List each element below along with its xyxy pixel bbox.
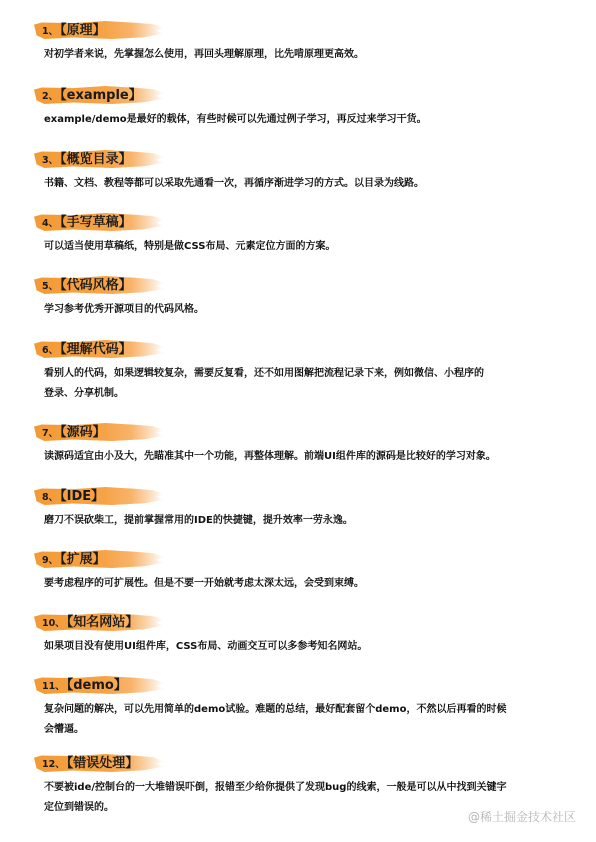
section-number: 2、 — [42, 91, 58, 102]
body-line: 磨刀不误砍柴工，提前掌握常用的IDE的快捷键，提升效率一劳永逸。 — [44, 511, 574, 531]
section-7: 7、【源码】 读源码适宜由小及大，先瞄准其中一个功能，再整体理解。前端UI组件库… — [0, 423, 596, 467]
watermark: @稀土掘金技术社区 — [468, 808, 576, 825]
section-title: 【概览目录】 — [60, 152, 132, 167]
body-line: 要考虑程序的可扩展性。但是不要一开始就考虑太深太远，会受到束缚。 — [44, 574, 574, 594]
body-line: 会懵逼。 — [44, 720, 574, 740]
body-line: 书籍、文档、教程等都可以采取先通看一次，再循序渐进学习的方式。以目录为线路。 — [44, 174, 574, 194]
section-9: 9、【扩展】 要考虑程序的可扩展性。但是不要一开始就考虑太深太远，会受到束缚。 — [0, 550, 596, 594]
section-body: 可以适当使用草稿纸，特别是做CSS布局、元素定位方面的方案。 — [44, 237, 574, 257]
section-body: 读源码适宜由小及大，先瞄准其中一个功能，再整体理解。前端UI组件库的源码是比较好… — [44, 447, 574, 467]
body-line: 看别人的代码，如果逻辑较复杂，需要反复看，还不如用图解把流程记录下来，例如微信、… — [44, 364, 574, 384]
section-3: 3、【概览目录】 书籍、文档、教程等都可以采取先通看一次，再循序渐进学习的方式。… — [0, 150, 596, 194]
section-heading: 7、【源码】 — [34, 423, 596, 443]
section-heading: 5、【代码风格】 — [34, 276, 596, 296]
section-11: 11、【demo】 复杂问题的解决，可以先用简单的demo试验。难题的总结，最好… — [0, 676, 596, 740]
section-title: 【IDE】 — [60, 489, 104, 504]
section-10: 10、【知名网站】 如果项目没有使用UI组件库，CSS布局、动画交互可以多参考知… — [0, 613, 596, 657]
section-body: 对初学者来说，先掌握怎么使用，再回头理解原理，比先啃原理更高效。 — [44, 45, 574, 65]
section-number: 8、 — [42, 492, 58, 503]
section-heading: 1、【原理】 — [34, 21, 596, 41]
section-body: 如果项目没有使用UI组件库，CSS布局、动画交互可以多参考知名网站。 — [44, 637, 574, 657]
section-heading: 6、【理解代码】 — [34, 340, 596, 360]
section-title: 【手写草稿】 — [60, 215, 132, 230]
section-number: 5、 — [42, 281, 58, 292]
section-5: 5、【代码风格】 学习参考优秀开源项目的代码风格。 — [0, 276, 596, 320]
section-body: 要考虑程序的可扩展性。但是不要一开始就考虑太深太远，会受到束缚。 — [44, 574, 574, 594]
section-2: 2、【example】 example/demo是最好的载体，有些时候可以先通过… — [0, 86, 596, 130]
section-number: 3、 — [42, 155, 58, 166]
section-number: 11、 — [42, 681, 65, 692]
section-title: 【example】 — [60, 88, 142, 103]
section-number: 7、 — [42, 428, 58, 439]
body-line: 读源码适宜由小及大，先瞄准其中一个功能，再整体理解。前端UI组件库的源码是比较好… — [44, 447, 574, 467]
section-4: 4、【手写草稿】 可以适当使用草稿纸，特别是做CSS布局、元素定位方面的方案。 — [0, 213, 596, 257]
section-body: 书籍、文档、教程等都可以采取先通看一次，再循序渐进学习的方式。以目录为线路。 — [44, 174, 574, 194]
section-heading: 11、【demo】 — [34, 676, 596, 696]
body-line: 复杂问题的解决，可以先用简单的demo试验。难题的总结，最好配套留个demo，不… — [44, 700, 574, 720]
section-number: 6、 — [42, 345, 58, 356]
section-title: 【代码风格】 — [60, 278, 132, 293]
section-title: 【知名网站】 — [67, 615, 139, 630]
section-title: 【扩展】 — [60, 552, 106, 567]
section-heading: 10、【知名网站】 — [34, 613, 596, 633]
section-number: 9、 — [42, 555, 58, 566]
section-8: 8、【IDE】 磨刀不误砍柴工，提前掌握常用的IDE的快捷键，提升效率一劳永逸。 — [0, 487, 596, 531]
section-heading: 8、【IDE】 — [34, 487, 596, 507]
section-6: 6、【理解代码】 看别人的代码，如果逻辑较复杂，需要反复看，还不如用图解把流程记… — [0, 340, 596, 404]
body-line: 对初学者来说，先掌握怎么使用，再回头理解原理，比先啃原理更高效。 — [44, 45, 574, 65]
section-heading: 4、【手写草稿】 — [34, 213, 596, 233]
section-heading: 3、【概览目录】 — [34, 150, 596, 170]
section-title: 【理解代码】 — [60, 342, 132, 357]
section-title: 【原理】 — [60, 23, 106, 38]
body-line: 学习参考优秀开源项目的代码风格。 — [44, 300, 574, 320]
body-line: 如果项目没有使用UI组件库，CSS布局、动画交互可以多参考知名网站。 — [44, 637, 574, 657]
section-title: 【demo】 — [67, 678, 127, 693]
section-body: 学习参考优秀开源项目的代码风格。 — [44, 300, 574, 320]
section-number: 10、 — [42, 618, 65, 629]
section-body: 看别人的代码，如果逻辑较复杂，需要反复看，还不如用图解把流程记录下来，例如微信、… — [44, 364, 574, 404]
section-heading: 9、【扩展】 — [34, 550, 596, 570]
section-body: 复杂问题的解决，可以先用简单的demo试验。难题的总结，最好配套留个demo，不… — [44, 700, 574, 740]
section-heading: 12、【错误处理】 — [34, 754, 596, 774]
section-body: example/demo是最好的载体，有些时候可以先通过例子学习，再反过来学习干… — [44, 110, 574, 130]
body-line: 登录、分享机制。 — [44, 384, 574, 404]
section-number: 4、 — [42, 218, 58, 229]
section-number: 1、 — [42, 26, 58, 37]
body-line: example/demo是最好的载体，有些时候可以先通过例子学习，再反过来学习干… — [44, 110, 574, 130]
section-heading: 2、【example】 — [34, 86, 596, 106]
section-1: 1、【原理】 对初学者来说，先掌握怎么使用，再回头理解原理，比先啃原理更高效。 — [0, 21, 596, 65]
section-body: 磨刀不误砍柴工，提前掌握常用的IDE的快捷键，提升效率一劳永逸。 — [44, 511, 574, 531]
body-line: 可以适当使用草稿纸，特别是做CSS布局、元素定位方面的方案。 — [44, 237, 574, 257]
section-number: 12、 — [42, 759, 65, 770]
section-title: 【源码】 — [60, 425, 106, 440]
section-title: 【错误处理】 — [67, 756, 139, 771]
body-line: 不要被ide/控制台的一大堆错误吓倒，报错至少给你提供了发现bug的线索，一般是… — [44, 778, 574, 798]
